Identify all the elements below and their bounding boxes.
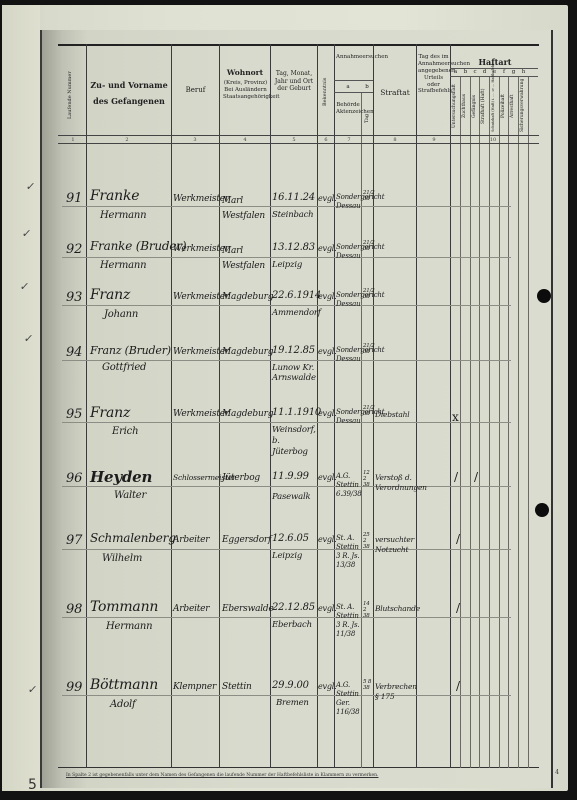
entry-birth-date: 11.1.1910 [272,407,321,418]
entry-offense: Blutschande [375,604,420,614]
header-request-a: a [338,84,358,91]
entry-birth-date: 22.12.85 [272,602,315,613]
checkmark-99: ✓ [27,683,38,696]
register-sheet: Laufende Nummer Zu- und Vorname des Gefa… [40,30,553,788]
entry-birth-date: 16.11.24 [272,192,315,203]
document-paper: ✓ ✓ ✓ ✓ ✓ 5 Laufende Nummer Zu [2,5,568,791]
entry-occupation: Werkmeister [173,194,229,204]
custody-mark-a: / [456,679,460,693]
entry-religion: evgl. [318,473,336,482]
entry-religion: evgl. [318,194,336,203]
entry-birth-date: 12.6.05 [272,533,309,544]
custody-letter-c: c [471,69,479,76]
entry-religion: evgl. [318,409,336,418]
entry-offense: Verbrechen § 175 [375,682,415,702]
entry-occupation: Klempner [173,682,216,692]
header-request-title: Annahmeersuchen [336,54,372,61]
header-request-authority: Behörde Aktenzeichen [336,102,360,116]
custody-sub-g: Arresthaft [510,80,516,132]
entry-given-name: Adolf [110,699,136,710]
custody-mark-a: / [454,470,458,484]
entry-surname: Franz [90,287,130,303]
entry-authority: A.G. Stettin 6.39/38 [336,472,361,499]
col-divider [334,44,335,768]
entry-day: 14 2 38 [363,601,372,619]
entry-day: 21/2 38 [363,288,372,300]
entry-authority: St. A. Stettin 3 R. Js. 11/38 [336,603,361,639]
header-number-rule-top [58,135,539,136]
entry-birth-place: Steinbach [272,210,313,220]
entry-birth-place: Eberbach [272,620,312,630]
entry-given-name: Hermann [100,210,146,221]
header-request-day: Tag [364,110,370,126]
row-line [62,617,511,618]
column-number-9: 9 [429,137,439,143]
entry-birth-place: Ammendorf [272,308,321,318]
custody-mark-a: / [456,532,460,546]
entry-given-name: Johann [104,309,138,320]
entry-occupation: Werkmeister [173,409,229,419]
entry-birth-date: 22.6.1914 [272,290,321,301]
header-request-b: b [362,84,372,91]
custody-sub-b: Zuchthaus [462,80,468,132]
custody-letter-d: d [480,69,489,76]
row-line [62,695,511,696]
header-subrule [334,80,373,81]
column-number-6: 6 [321,137,331,143]
entry-religion: evgl. [318,244,336,253]
header-subrule [334,92,373,93]
entry-authority: St. A. Stettin 3 R. Js. 13/38 [336,534,361,570]
checkmark-94: ✓ [23,332,34,345]
entry-offense: Diebstahl [375,410,409,420]
entry-given-name: Gottfried [102,362,146,373]
col-divider [317,44,318,768]
entry-birth-place: Leipzig [272,551,302,561]
entry-day: 21/2 38 [363,405,372,417]
entry-given-name: Walter [114,490,146,501]
entry-given-name: Wilhelm [102,553,142,564]
custody-sub-d: Strafhaft (Haft) [481,80,487,132]
col-divider [528,76,529,768]
entry-religion: evgl. [318,292,336,301]
entry-number: 99 [66,680,82,695]
header-name-line2: des Gefangenen [88,96,170,106]
punch-hole-top [537,289,551,303]
row-line [62,206,511,207]
custody-letter-f: f [500,69,508,76]
entry-number: 98 [66,602,82,617]
entry-surname: Franz [90,405,130,421]
entry-birth-place: Weinsdorf, b. Jüterbog [272,425,316,458]
col-divider [416,44,417,768]
col-divider [450,44,451,768]
header-name-line1: Zu- und Vorname [88,80,170,90]
custody-letter-h: h [519,69,528,76]
entry-birth-date: 19.12.85 [272,345,315,356]
entry-surname: Franz (Bruder) [90,344,171,357]
entry-birth-place: Bremen [276,698,309,708]
entry-birth-place: Lunow Kr. Arnswalde [272,363,316,383]
entry-residence: Stettin [222,682,252,692]
column-number-4: 4 [240,137,250,143]
column-number-1: 1 [68,137,78,143]
custody-letter-b: b [461,69,470,76]
col-divider [270,44,271,768]
entry-residence: Eggersdorf [222,535,271,545]
custody-sub-f: Polizeihaft [501,80,507,132]
custody-letter-a: a [451,69,460,76]
entry-number: 95 [66,407,82,422]
entry-number: 92 [66,242,82,257]
entry-surname: Böttmann [90,677,158,693]
entry-day: 21/2 38 [363,343,372,355]
col-divider [518,76,519,768]
col-divider [171,44,172,768]
header-residence-title: Wohnort [222,68,268,77]
custody-mark-a: x [452,410,459,424]
header-offense: Straftat [375,88,415,97]
entry-birth-date: 29.9.00 [272,680,309,691]
entry-residence: Jüterbog [222,473,260,483]
header-sentence-date: Tag des im Annahmeersuchen angegebenen U… [418,54,449,95]
entry-residence: Magdeburg [222,347,273,357]
entry-number: 97 [66,533,82,548]
column-number-2: 2 [122,137,132,143]
left-margin [2,5,40,791]
header-occupation: Beruf [173,86,218,95]
entry-residence: Magdeburg [222,292,273,302]
entry-birth-date: 13.12.83 [272,242,315,253]
column-number-7: 7 [344,137,354,143]
entry-religion: evgl. [318,604,336,613]
header-running-number: Laufende Nummer [67,65,73,125]
header-residence-sub: (Kreis, Provinz) Bei Ausländern Staatsan… [223,80,268,101]
row-line [62,422,511,423]
header-number-rule-bottom [58,143,539,144]
row-line [62,360,511,361]
top-rule [58,44,539,46]
entry-number: 96 [66,471,82,486]
bottom-rule [58,767,539,768]
entry-day: 5 8 38 [363,679,372,691]
entry-surname: Schmalenberg [90,531,176,545]
entry-given-name: Hermann [100,260,146,271]
column-number-10: 10 [487,137,499,143]
entry-birth-date: 11.9.99 [272,471,309,482]
footer-note: In Spalte 2 ist gegebenenfalls unter dem… [66,773,378,778]
column-number-3: 3 [190,137,200,143]
entry-day: 21/2 38 [363,190,372,202]
custody-sub-h: Sicherungsverwahrung [520,80,526,132]
checkmark-92: ✓ [21,227,32,240]
row-line [62,486,511,487]
entry-given-name: Hermann [106,621,152,632]
entry-surname: Franke (Bruder) [90,239,186,253]
entry-residence: Marl Westfalen [222,194,268,224]
row-line [62,257,511,258]
entry-religion: evgl. [318,682,336,691]
custody-sub-c: Gefängnis [472,80,478,132]
entry-residence: Eberswalde [222,604,274,614]
entry-residence: Marl Westfalen [222,244,268,274]
header-birth: Tag, Monat, Jahr und Ort der Geburt [272,70,316,93]
custody-mark-a: / [456,601,460,615]
page-number: 5 [28,777,37,793]
punch-hole-bottom [535,503,549,517]
custody-sub-a: Untersuchungshaft [452,80,458,132]
entry-number: 94 [66,345,82,360]
entry-occupation: Werkmeister [173,292,229,302]
custody-letter-g: g [509,69,518,76]
entry-authority: Sondergericht Dessau [336,243,361,261]
custody-sub-e: Schutzhaft (Haft) i. ... § ... Haftbefeh… [491,80,495,132]
entry-occupation: Werkmeister [173,347,229,357]
entry-occupation: Werkmeister [173,244,229,254]
entry-number: 91 [66,191,82,206]
entry-residence: Magdeburg [222,409,273,419]
col-divider [86,44,87,768]
entry-surname: Heyden [90,468,152,486]
row-line [62,549,511,550]
entry-religion: evgl. [318,347,336,356]
entry-authority: Sondergericht Dessau [336,193,361,211]
entry-authority: Sondergericht Dessau [336,408,361,426]
entry-offense: versuchter Notzucht [375,535,417,555]
entry-occupation: Arbeiter [173,604,209,614]
row-line [62,305,511,306]
entry-authority: Sondergericht Dessau [336,346,361,364]
custody-mark-c: / [474,470,478,484]
column-number-5: 5 [289,137,299,143]
entry-birth-place: Pasewalk [272,492,310,502]
entry-religion: evgl. [318,535,336,544]
entry-occupation: Arbeiter [173,535,209,545]
col-divider [219,44,220,768]
corner-mark: 4 [555,769,559,776]
entry-day: 25 2 38 [363,532,372,550]
entry-day: 21/2 38 [363,240,372,252]
entry-offense: Verstoß d. Verordnungen [375,473,417,493]
entry-given-name: Erich [112,426,138,437]
entry-number: 93 [66,290,82,305]
entry-day: 12 2 38 [363,470,372,488]
entry-surname: Tommann [90,599,158,615]
entry-authority: A.G. Stettin Ger. 116/38 [336,681,361,717]
entry-authority: Sondergericht Dessau [336,291,361,309]
entry-birth-place: Leipzig [272,260,302,270]
checkmark-91: ✓ [25,180,36,193]
checkmark-93: ✓ [19,280,30,293]
header-religion: Bekenntnis [322,72,328,112]
column-number-8: 8 [390,137,400,143]
entry-surname: Franke [90,188,139,204]
